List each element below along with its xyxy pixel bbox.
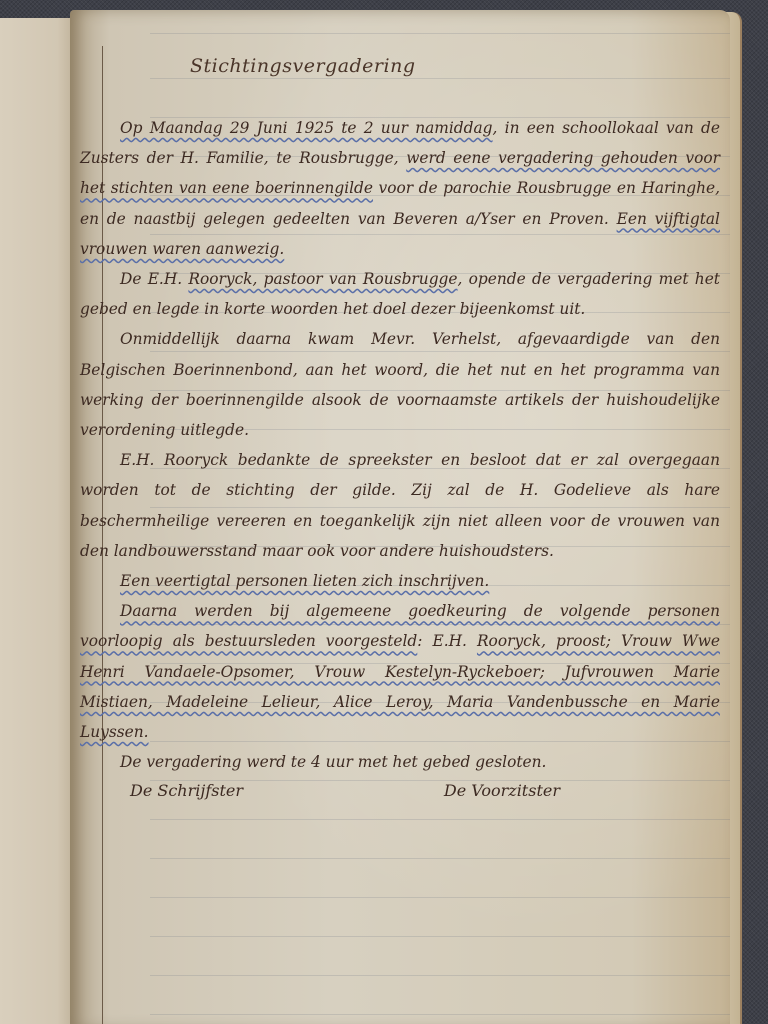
paragraph: E.H. Rooryck bedankte de spreekster en b… [80,445,720,566]
signature-secretary: De Schrijfster [130,781,243,800]
text-segment: : E.H. [417,632,477,650]
underlined-text: Rooryck, pastoor van Rousbrugge [188,270,457,288]
paragraph: De E.H. Rooryck, pastoor van Rousbrugge,… [80,264,720,324]
signature-block: De Schrijfster De Voorzitster [80,781,720,800]
paragraph: Een veertigtal personen lieten zich insc… [80,566,720,596]
text-segment: Onmiddellijk daarna kwam Mevr. Verhelst,… [80,330,720,439]
paragraph: Daarna werden bij algemeene goedkeuring … [80,596,720,747]
underlined-text: Op Maandag 29 Juni 1925 te 2 uur namidda… [120,119,493,137]
text-segment: E.H. Rooryck bedankte de spreekster en b… [80,451,720,560]
underlined-text: Een veertigtal personen lieten zich insc… [120,572,489,590]
minutes-body: Op Maandag 29 Juni 1925 te 2 uur namidda… [80,113,720,777]
paragraph: De vergadering werd te 4 uur met het geb… [80,747,720,777]
signature-chair: De Voorzitster [444,781,560,800]
page-title: Stichtingsvergadering [190,55,720,77]
notebook-page: Stichtingsvergadering Op Maandag 29 Juni… [70,10,730,1024]
paragraph: Onmiddellijk daarna kwam Mevr. Verhelst,… [80,324,720,445]
text-segment: De E.H. [120,270,188,288]
paragraph: Op Maandag 29 Juni 1925 te 2 uur namidda… [80,113,720,264]
page-content: Stichtingsvergadering Op Maandag 29 Juni… [80,55,720,800]
text-segment: De vergadering werd te 4 uur met het geb… [120,753,546,771]
